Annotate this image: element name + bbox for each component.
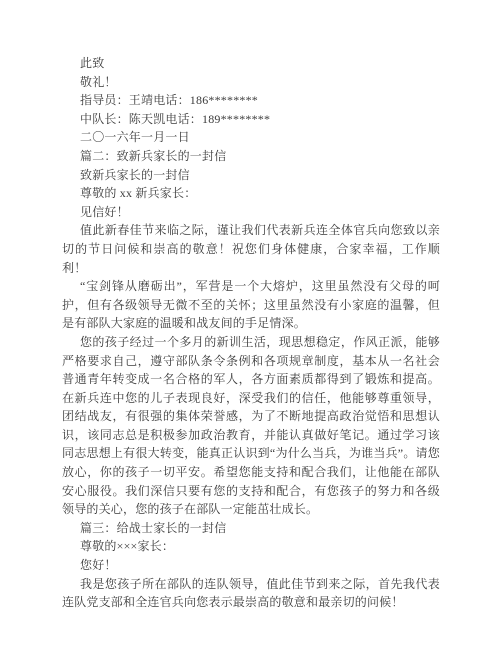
letter2-salutation: 尊敬的 xx 新兵家长： bbox=[62, 184, 440, 203]
letter2-greeting: 见信好！ bbox=[62, 203, 440, 222]
section3-heading: 篇三：给战士家长的一封信 bbox=[62, 519, 440, 538]
letter2-title: 致新兵家长的一封信 bbox=[62, 166, 440, 185]
section2-heading: 篇二：致新兵家长的一封信 bbox=[62, 147, 440, 166]
closing-line: 此致 bbox=[62, 54, 440, 73]
letter3-greeting: 您好！ bbox=[62, 556, 440, 575]
date-line: 二〇一六年一月一日 bbox=[62, 128, 440, 147]
letter2-para-3: 您的孩子经过一个多月的新训生活，现思想稳定，作风正派，能够严格要求自己，遵守部队… bbox=[62, 333, 440, 519]
letter3-para-1: 我是您孩子所在部队的连队领导，值此佳节到来之际，首先我代表连队党支部和全连官兵向… bbox=[62, 575, 440, 612]
document-page: 此致 敬礼！ 指导员：王靖电话：186******** 中队长：陈天凯电话：18… bbox=[0, 0, 500, 647]
letter3-salutation: 尊敬的×××家长： bbox=[62, 537, 440, 556]
letter2-para-2: “宝剑锋从磨砺出”，军营是一个大熔炉，这里虽然没有父母的呵护，但有各级领导无微不… bbox=[62, 277, 440, 333]
salute-line: 敬礼！ bbox=[62, 73, 440, 92]
letter2-para-1: 值此新春佳节来临之际，谨让我们代表新兵连全体官兵向您致以亲切的节日问候和崇高的敬… bbox=[62, 221, 440, 277]
instructor-contact-line: 指导员：王靖电话：186******** bbox=[62, 91, 440, 110]
captain-contact-line: 中队长：陈天凯电话：189******** bbox=[62, 110, 440, 129]
letter-text-block: 此致 敬礼！ 指导员：王靖电话：186******** 中队长：陈天凯电话：18… bbox=[62, 54, 440, 612]
